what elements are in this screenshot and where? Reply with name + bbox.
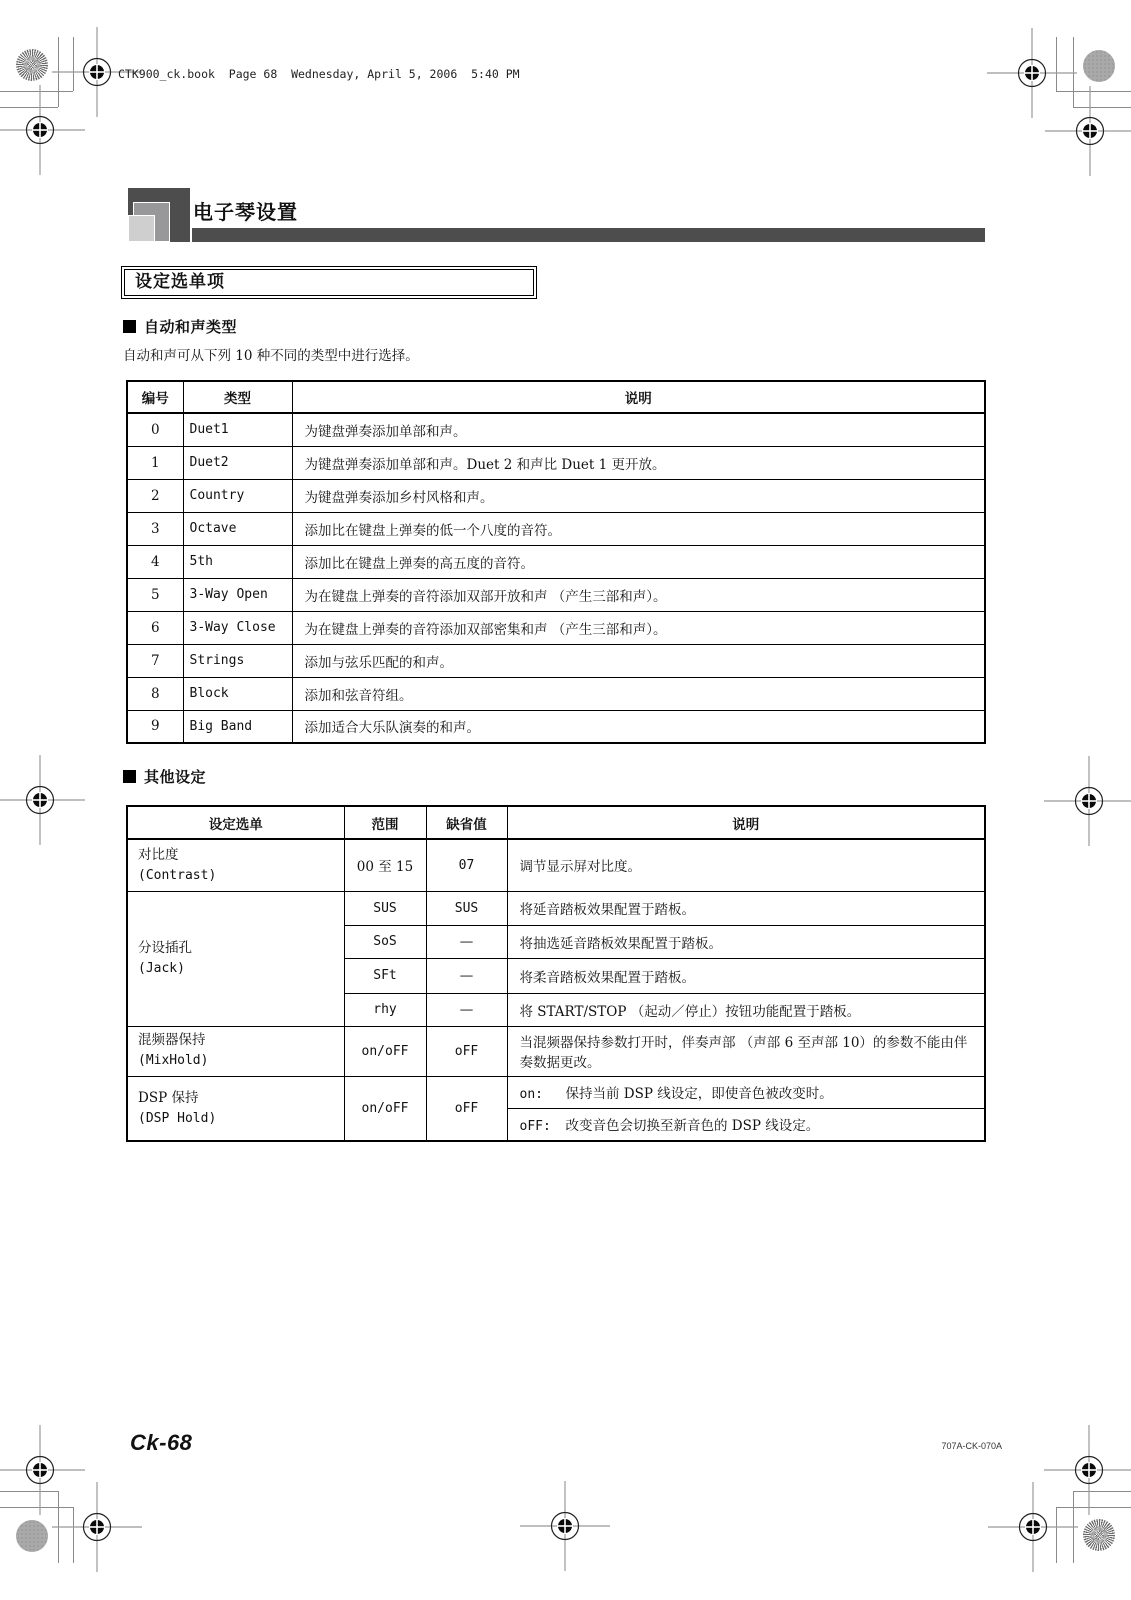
setting-range: 00 至 15 [344,839,426,891]
cell-type: Big Band [183,710,292,743]
setting-range: SFt [344,958,426,993]
col-header-no: 编号 [127,381,183,413]
section-bullet-icon [123,770,136,783]
registration-starburst-icon [1083,1519,1115,1551]
cell-desc: 为键盘弹奏添加单部和声。 [292,413,985,446]
chapter-title: 电子琴设置 [193,196,298,225]
cell-desc: 添加比在键盘上弹奏的高五度的音符。 [292,545,985,578]
auto-harmonize-table: 编号 类型 说明 0Duet1为键盘弹奏添加单部和声。 1Duet2为键盘弹奏添… [126,380,986,744]
table-row: 2Country为键盘弹奏添加乡村风格和声。 [127,479,985,512]
registration-crosshair-icon [0,755,85,849]
registration-starburst-icon [16,49,48,81]
cell-desc: 为键盘弹奏添加单部和声。Duet 2 和声比 Duet 1 更开放。 [292,446,985,479]
table-row: 0Duet1为键盘弹奏添加单部和声。 [127,413,985,446]
cell-desc: 添加适合大乐队演奏的和声。 [292,710,985,743]
cell-type: 3-Way Close [183,611,292,644]
setting-desc-on: on:保持当前 DSP 线设定，即使音色被改变时。 [507,1076,985,1108]
cell-no: 7 [127,644,183,677]
document-code: 707A-CK-070A [928,1441,1002,1451]
setting-default: SUS [426,891,507,925]
cell-type: 5th [183,545,292,578]
col-header-range: 范围 [344,806,426,839]
col-header-default: 缺省值 [426,806,507,839]
setting-default: — [426,993,507,1026]
cell-desc: 添加与弦乐匹配的和声。 [292,644,985,677]
registration-crosshair-icon [1045,86,1131,180]
cell-type: Octave [183,512,292,545]
setting-desc-off: oFF:改变音色会切换至新音色的 DSP 线设定。 [507,1108,985,1141]
setting-default: oFF [426,1026,507,1076]
registration-crosshair-icon [0,85,85,179]
table-row: 45th添加比在键盘上弹奏的高五度的音符。 [127,545,985,578]
registration-dot-icon [1083,50,1115,82]
table-row-jack-sus: 分设插孔 (Jack) SUS SUS 将延音踏板效果配置于踏板。 [127,891,985,925]
print-job-header: CTK900_ck.book Page 68 Wednesday, April … [118,67,520,81]
setting-default: 07 [426,839,507,891]
setting-default: oFF [426,1076,507,1141]
cell-desc: 添加和弦音符组。 [292,677,985,710]
cell-no: 4 [127,545,183,578]
table-row: 1Duet2为键盘弹奏添加单部和声。Duet 2 和声比 Duet 1 更开放。 [127,446,985,479]
cell-desc: 为键盘弹奏添加乡村风格和声。 [292,479,985,512]
registration-crosshair-icon [1044,756,1131,850]
table-row: 9Big Band添加适合大乐队演奏的和声。 [127,710,985,743]
col-header-desc: 说明 [292,381,985,413]
cell-no: 3 [127,512,183,545]
cell-no: 2 [127,479,183,512]
setting-name: 混频器保持 (MixHold) [127,1026,344,1076]
cell-type: 3-Way Open [183,578,292,611]
cell-no: 0 [127,413,183,446]
cell-type: Block [183,677,292,710]
cell-no: 8 [127,677,183,710]
registration-crosshair-icon [988,1482,1078,1576]
registration-crosshair-icon [52,1482,142,1576]
setting-range: rhy [344,993,426,1026]
cell-type: Strings [183,644,292,677]
col-header-type: 类型 [183,381,292,413]
cell-no: 1 [127,446,183,479]
setting-range: on/oFF [344,1076,426,1141]
setting-name: 对比度 (Contrast) [127,839,344,891]
cell-desc: 为在键盘上弹奏的音符添加双部密集和声 （产生三部和声）。 [292,611,985,644]
section-box-title: 设定选单项 [124,269,534,296]
setting-range: on/oFF [344,1026,426,1076]
other-settings-heading-label: 其他设定 [144,768,206,786]
page-number: Ck-68 [130,1430,192,1456]
table-row-mixhold: 混频器保持 (MixHold) on/oFF oFF 当混频器保持参数打开时，伴… [127,1026,985,1076]
auto-harmonize-heading-label: 自动和声类型 [144,318,237,336]
setting-desc: 调节显示屏对比度。 [507,839,985,891]
setting-desc: 将柔音踏板效果配置于踏板。 [507,958,985,993]
setting-default: — [426,925,507,958]
setting-range: SUS [344,891,426,925]
manual-page: CTK900_ck.book Page 68 Wednesday, April … [0,0,1131,1600]
cell-desc: 为在键盘上弹奏的音符添加双部开放和声 （产生三部和声）。 [292,578,985,611]
table-header-row: 设定选单 范围 缺省值 说明 [127,806,985,839]
setting-desc: 将抽选延音踏板效果配置于踏板。 [507,925,985,958]
chapter-title-bar [192,228,985,242]
other-settings-heading: 其他设定 [123,766,206,787]
registration-crosshair-icon [520,1481,610,1575]
table-row: 3Octave添加比在键盘上弹奏的低一个八度的音符。 [127,512,985,545]
cell-no: 6 [127,611,183,644]
setting-name: 分设插孔 (Jack) [127,891,344,1026]
cell-type: Duet2 [183,446,292,479]
setting-desc: 将 START/STOP （起动／停止）按钮功能配置于踏板。 [507,993,985,1026]
auto-harmonize-heading: 自动和声类型 [123,316,237,337]
registration-dot-icon [16,1520,48,1552]
setting-default: — [426,958,507,993]
table-row: 63-Way Close为在键盘上弹奏的音符添加双部密集和声 （产生三部和声）。 [127,611,985,644]
chapter-logo-light-square [128,215,155,242]
section-bullet-icon [123,320,136,333]
setting-name: DSP 保持 (DSP Hold) [127,1076,344,1141]
setting-desc: 将延音踏板效果配置于踏板。 [507,891,985,925]
table-row: 7Strings添加与弦乐匹配的和声。 [127,644,985,677]
cell-desc: 添加比在键盘上弹奏的低一个八度的音符。 [292,512,985,545]
col-header-menu: 设定选单 [127,806,344,839]
setting-range: SoS [344,925,426,958]
table-row-contrast: 对比度 (Contrast) 00 至 15 07 调节显示屏对比度。 [127,839,985,891]
table-header-row: 编号 类型 说明 [127,381,985,413]
other-settings-table: 设定选单 范围 缺省值 说明 对比度 (Contrast) 00 至 15 07… [126,805,986,1142]
table-row: 8Block添加和弦音符组。 [127,677,985,710]
auto-harmonize-intro: 自动和声可从下列 10 种不同的类型中进行选择。 [123,344,419,364]
cell-no: 9 [127,710,183,743]
cell-type: Country [183,479,292,512]
col-header-desc: 说明 [507,806,985,839]
cell-type: Duet1 [183,413,292,446]
table-row: 53-Way Open为在键盘上弹奏的音符添加双部开放和声 （产生三部和声）。 [127,578,985,611]
setting-desc: 当混频器保持参数打开时，伴奏声部 （声部 6 至声部 10）的参数不能由伴奏数据… [507,1026,985,1076]
table-row-dsphold-on: DSP 保持 (DSP Hold) on/oFF oFF on:保持当前 DSP… [127,1076,985,1108]
cell-no: 5 [127,578,183,611]
